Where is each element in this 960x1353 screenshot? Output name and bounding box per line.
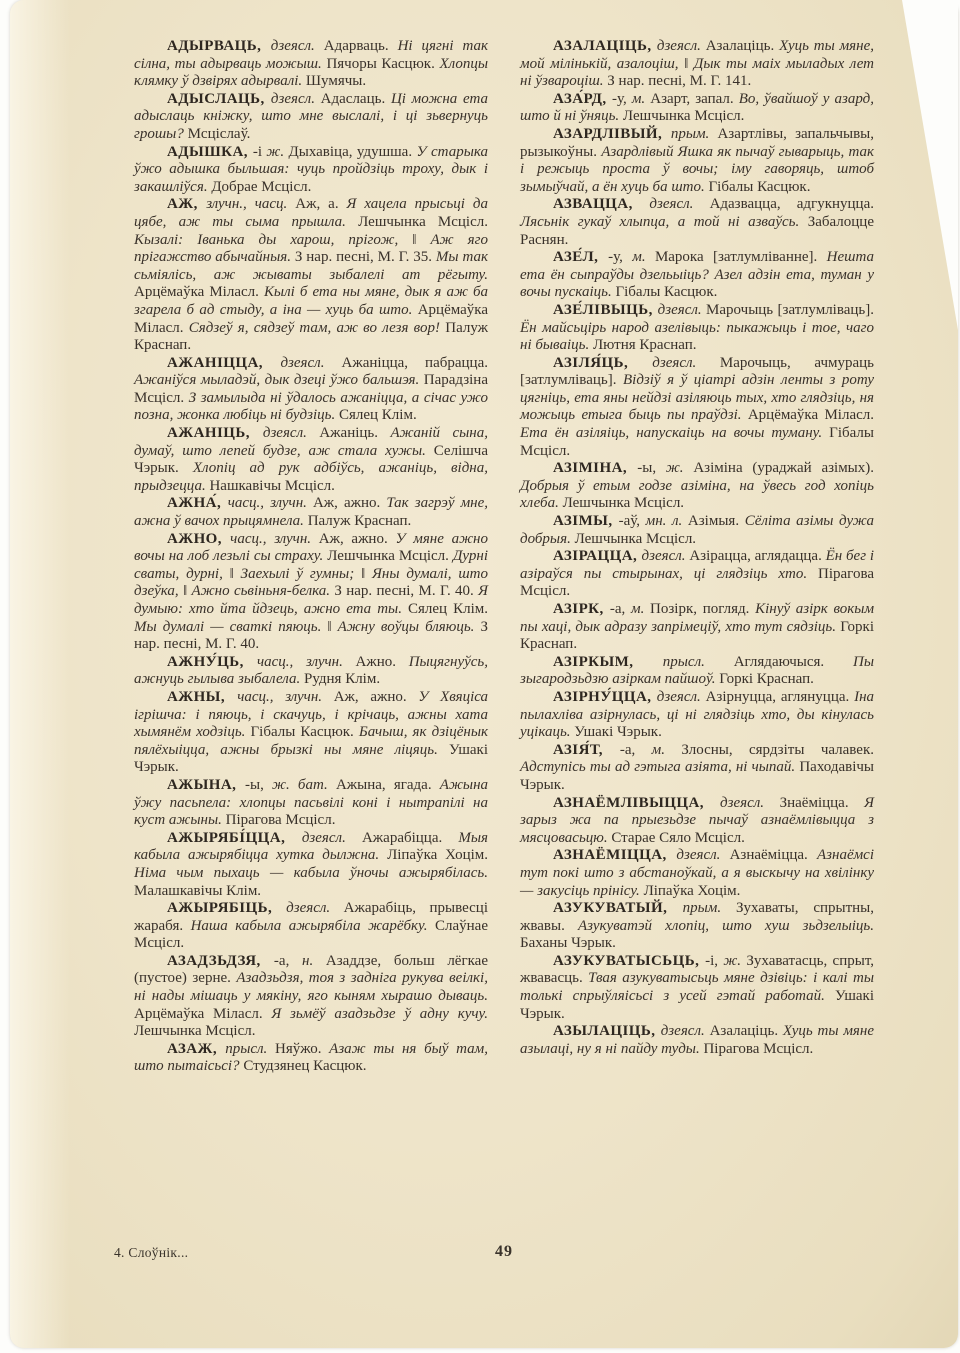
text-run: Аглядаючыся. xyxy=(734,654,853,670)
text-run: Рудня Клім. xyxy=(304,671,380,687)
headword: АЖНЫ, xyxy=(167,689,237,705)
headword: АЗІМІНА, xyxy=(553,460,637,476)
headword: АЖЫРЯБІ́ЦЦА, xyxy=(167,830,302,846)
text-run: Азалаціць. xyxy=(706,38,779,54)
text-run: З нар. песні, М. Г. 35. xyxy=(295,249,436,265)
page-content: АДЫРВАЦЬ, дзеясл. Адарваць. Ні цягні так… xyxy=(134,38,874,1076)
text-run: Ажына, ягада. xyxy=(336,777,440,793)
dictionary-entry: АЗІЯ́Т, -а, м. Злосны, сярдзіты чалавек.… xyxy=(520,742,874,795)
dictionary-entry: АЖНА́, часц., злучн. Аж, ажно. Так загрэ… xyxy=(134,495,488,530)
headword: АЗІРАЦЦА, xyxy=(553,548,642,564)
dictionary-entry: АЖНУ́ЦЬ, часц., злучн. Ажно. Пыцягнуўсь,… xyxy=(134,654,488,689)
dictionary-entry: АЗІМІНА, -ы, ж. Азіміна (ураджай азімых)… xyxy=(520,460,874,513)
dictionary-entry: АЗІМЫ, -аў, мн. л. Азімыя. Сёліта азімы … xyxy=(520,513,874,548)
headword: АЗВАЦЦА, xyxy=(553,196,649,212)
dictionary-entry: АДЫРВАЦЬ, дзеясл. Адарваць. Ні цягні так… xyxy=(134,38,488,91)
text-run: прысл. xyxy=(225,1041,275,1057)
text-run: н. xyxy=(302,953,326,969)
text-run: Адступісь ты ад гэтыга азіята, ні чыпай. xyxy=(520,759,799,775)
dictionary-entry: АДЫСЛАЦЬ, дзеясл. Адаслаць. Ці можна ета… xyxy=(134,91,488,144)
text-run: Азнаёміцца. xyxy=(730,847,817,863)
text-run: -а, xyxy=(274,953,302,969)
text-run: Арцёмаўка Міласл. xyxy=(748,407,874,423)
text-run: Німа чым пыхаць — кабыла ўночы ажырябіла… xyxy=(134,865,488,881)
text-run: дзеясл. xyxy=(649,196,709,212)
text-run: м. xyxy=(632,249,655,265)
dictionary-entry: АЖАНІЦЦА, дзеясл. Ажаніцца, пабрацца. Аж… xyxy=(134,355,488,425)
text-run: Гібалы Касцюк. xyxy=(251,724,359,740)
page-number: 49 xyxy=(134,1243,874,1261)
text-run: Ета ён азіляіць, напускаіць на вочы тума… xyxy=(520,425,829,441)
text-run: часц., злучн. xyxy=(230,531,319,547)
text-run: -а, xyxy=(620,742,652,758)
text-run: дзеясл. xyxy=(652,355,720,371)
text-run: м. xyxy=(631,601,650,617)
headword: АЗІЛЯ́ЦЬ, xyxy=(553,355,652,371)
text-run: дзеясл. xyxy=(286,900,343,916)
text-run: Позірк, погляд. xyxy=(650,601,755,617)
dictionary-entry: АЗВАЦЦА, дзеясл. Адазвацца, адгукнуцца. … xyxy=(520,196,874,249)
dictionary-entry: АЖАНІЦЬ, дзеясл. Ажаніць. Ажаній сына, д… xyxy=(134,425,488,495)
dictionary-entry: АЗІЛЯ́ЦЬ, дзеясл. Марочыць, ачмураць [за… xyxy=(520,355,874,461)
text-run: дзеясл. xyxy=(658,302,706,318)
text-run: дзеясл. xyxy=(642,548,690,564)
dictionary-entry: АЗУКУВАТЫСЬЦЬ, -і, ж. Зухаватасць, спрыт… xyxy=(520,953,874,1023)
text-run: Лютня Краснап. xyxy=(593,337,697,353)
text-run: Марока [затлумліванне]. xyxy=(655,249,827,265)
right-column: АЗАЛАЦІЦЬ, дзеясл. Азалаціць. Хуць ты мя… xyxy=(520,38,874,1076)
text-run: Гібалы Касцюк. xyxy=(615,284,717,300)
dictionary-entry: АЗА́РД, -у, м. Азарт, запал. Во, ўвайшоў… xyxy=(520,91,874,126)
text-run: -а, xyxy=(610,601,631,617)
text-run: Марочыць [затлумліваць]. xyxy=(706,302,874,318)
text-run: -і, xyxy=(705,953,723,969)
text-run: Азірнуцца, аглянуцца. xyxy=(706,689,854,705)
headword: АЖНУ́ЦЬ, xyxy=(167,654,257,670)
text-run: Азалаціць. xyxy=(710,1023,783,1039)
text-run: Студзянец Касцюк. xyxy=(243,1058,366,1074)
headword: АЗУКУВАТЫСЬЦЬ, xyxy=(553,953,705,969)
text-run: ж. xyxy=(723,953,746,969)
text-run: дзеясл. xyxy=(661,1023,710,1039)
text-run: З нар. песні, М. Г. 141. xyxy=(607,73,751,89)
dictionary-entry: АЗАДЗЬДЗЯ, -а, н. Азаддзе, больш лёгкае … xyxy=(134,953,488,1041)
headword: АЗНАЁМЛІВЫЦЦА, xyxy=(553,795,720,811)
text-run: прысл. xyxy=(663,654,734,670)
text-run: Няўжо. xyxy=(275,1041,329,1057)
text-run: Ажно. xyxy=(356,654,409,670)
text-run: дзеясл. xyxy=(271,38,324,54)
headword: АЗАДЗЬДЗЯ, xyxy=(167,953,274,969)
text-run: Лешчынка Мсцісл. xyxy=(623,108,744,124)
text-run: Аж, ажно. xyxy=(319,531,396,547)
text-run: Шумячы. xyxy=(306,73,366,89)
text-run: ж. xyxy=(666,460,693,476)
dictionary-entry: АЗНАЁМЛІВЫЦЦА, дзеясл. Знаёміцца. Я зары… xyxy=(520,795,874,848)
dictionary-entry: АЖНЫ, часц., злучн. Аж, ажно. У Хвяціса … xyxy=(134,689,488,777)
dictionary-entry: АЗЕ́Л, -у, м. Марока [затлумліванне]. Не… xyxy=(520,249,874,302)
text-run: -у, xyxy=(612,91,632,107)
text-run: дзеясл. xyxy=(302,830,362,846)
text-run: Палуж Краснап. xyxy=(308,513,412,529)
text-run: Ён майсьцірь народ азелівыць: пыкажыць і… xyxy=(520,320,874,354)
text-run: -ы, xyxy=(245,777,272,793)
headword: АЗЫЛАЦІЦЬ, xyxy=(553,1023,661,1039)
text-run: Лясьнік гукаў хлыпца, а той ні азваўсь. xyxy=(520,214,808,230)
headword: АДЫСЛАЦЬ, xyxy=(167,91,271,107)
left-column: АДЫРВАЦЬ, дзеясл. Адарваць. Ні цягні так… xyxy=(134,38,488,1076)
text-run: Аж, а. xyxy=(295,196,346,212)
headword: АЗНАЁМІЦЦА, xyxy=(553,847,676,863)
text-run: З нар. песні, М. Г. 40. xyxy=(334,583,478,599)
text-run: -ы, xyxy=(637,460,666,476)
text-run: дзеясл. xyxy=(657,38,706,54)
dictionary-entry: АЖНО, часц., злучн. Аж, ажно. У мяне ажн… xyxy=(134,531,488,654)
text-run: Лешчынка Мсцісл. xyxy=(134,1023,255,1039)
page-left-edge-highlight xyxy=(10,0,70,1348)
text-run: прым. xyxy=(683,900,736,916)
dictionary-entry: АЗІРНУ́ЦЦА, дзеясл. Азірнуцца, аглянуцца… xyxy=(520,689,874,742)
headword: АЗІЯ́Т, xyxy=(553,742,620,758)
text-run: Знаёміцца. xyxy=(780,795,865,811)
text-run: Арцёмаўка Міласл. xyxy=(134,1006,271,1022)
text-run: Арцёмаўка Міласл. xyxy=(134,284,264,300)
text-run: дзеясл. xyxy=(271,91,321,107)
dictionary-entry: АЗІРК, -а, м. Позірк, погляд. Кінуў азір… xyxy=(520,601,874,654)
text-run: дзеясл. xyxy=(657,689,706,705)
text-run: Старае Сяло Мсцісл. xyxy=(611,830,745,846)
text-run: Пірагова Мсцісл. xyxy=(703,1041,813,1057)
text-run: мн. л. xyxy=(646,513,688,529)
text-run: Азарт, запал. xyxy=(650,91,738,107)
headword: АЗАРДЛІВЫЙ, xyxy=(553,126,671,142)
headword: АЖНА́, xyxy=(167,495,228,511)
text-run: Пірагова Мсцісл. xyxy=(226,812,336,828)
text-run: -у, xyxy=(608,249,632,265)
headword: АЖАНІЦЬ, xyxy=(167,425,263,441)
text-run: Азірацца, аглядацца. xyxy=(689,548,825,564)
text-run: Азіміна (ураджай азімых). xyxy=(693,460,874,476)
text-run: Лешчынка Мсцісл. xyxy=(563,495,684,511)
headword: АЖНО, xyxy=(167,531,230,547)
headword: АЗІРКЫМ, xyxy=(553,654,663,670)
dictionary-entry: АЗЕ́ЛІВЫЦЬ, дзеясл. Марочыць [затлумліва… xyxy=(520,302,874,355)
text-run: Мсціслаў. xyxy=(188,126,251,142)
text-run: Нашкавічы Мсцісл. xyxy=(209,478,334,494)
headword: АЗА́РД, xyxy=(553,91,612,107)
text-run: часц., злучн. xyxy=(237,689,334,705)
headword: АДЫРВАЦЬ, xyxy=(167,38,271,54)
headword: АЗЕ́Л, xyxy=(553,249,608,265)
text-run: дзеясл. xyxy=(280,355,341,371)
text-run: Наша кабыла ажырябіла жарёбку. xyxy=(191,918,435,934)
dictionary-entry: АЗЫЛАЦІЦЬ, дзеясл. Азалаціць. Хуць ты мя… xyxy=(520,1023,874,1058)
text-run: Я зьмёў азадзьдзе ў адну кучу. xyxy=(271,1006,488,1022)
headword: АЗІРК, xyxy=(553,601,610,617)
text-run: Лешчынка Мсцісл. xyxy=(575,531,696,547)
dictionary-page: АДЫРВАЦЬ, дзеясл. Адарваць. Ні цягні так… xyxy=(10,0,958,1348)
text-run: Аж, ажно. xyxy=(313,495,386,511)
dictionary-entry: АЖЫРЯБІ́ЦЦА, дзеясл. Ажарабіцца. Мыя каб… xyxy=(134,830,488,900)
text-run: Гібалы Касцюк. xyxy=(709,179,811,195)
headword: АЖАНІЦЦА, xyxy=(167,355,280,371)
headword: АЗЕ́ЛІВЫЦЬ, xyxy=(553,302,658,318)
text-run: часц., злучн. xyxy=(257,654,356,670)
dictionary-entry: АЗУКУВАТЫЙ, прым. Зухаваты, спрытны, жва… xyxy=(520,900,874,953)
text-run: Ажаніцца, пабрацца. xyxy=(342,355,488,371)
text-run: злучн., часц. xyxy=(206,196,295,212)
headword: АЗАЛАЦІЦЬ, xyxy=(553,38,657,54)
dictionary-entry: АЗАЛАЦІЦЬ, дзеясл. Азалаціць. Хуць ты мя… xyxy=(520,38,874,91)
text-run: Лешчынка Мсцісл. xyxy=(327,548,453,564)
text-run: Ажаніць. xyxy=(319,425,390,441)
text-run: Ушакі Чэрык. xyxy=(574,724,662,740)
text-run: Сялец Клім. xyxy=(408,601,488,617)
dictionary-entry: АЖ, злучн., часц. Аж, а. Я хацела прысьц… xyxy=(134,196,488,354)
text-run: Адарваць. xyxy=(324,38,398,54)
headword: АЗУКУВАТЫЙ, xyxy=(553,900,683,916)
text-run: Адазвацца, адгукнуцца. xyxy=(710,196,874,212)
page-corner-notch xyxy=(902,0,958,330)
text-run: Дыхавіца, удушша. xyxy=(289,144,417,160)
text-run: Ліпаўка Хоцім. xyxy=(644,883,741,899)
dictionary-entry: АЗАРДЛІВЫЙ, прым. Азартлівы, запальчывы,… xyxy=(520,126,874,196)
text-run: Сялец Клім. xyxy=(339,407,417,423)
dictionary-entry: АЗІРКЫМ, прысл. Аглядаючыся. Пы зыгародз… xyxy=(520,654,874,689)
text-run: Горкі Краснап. xyxy=(719,671,814,687)
text-run: Мы думалі — сваткі пяюць. ‖ Ажну воўцы б… xyxy=(134,619,480,635)
text-run: прым. xyxy=(671,126,718,142)
text-run: Азукуватэй хлопіц, што хуш зьдзелыіць. xyxy=(578,918,874,934)
text-run: Ажаніўся мыладэй, дык дзеці ўжо бальшэя. xyxy=(134,372,424,388)
text-run: м. xyxy=(632,91,650,107)
text-run: -і xyxy=(253,144,267,160)
text-run: Сядзеў я, сядзеў там, аж во лезя вор! xyxy=(189,320,445,336)
headword: АЗІРНУ́ЦЦА, xyxy=(553,689,657,705)
text-run: Злосны, сярдзіты чалавек. xyxy=(681,742,874,758)
headword: АДЫШКА, xyxy=(167,144,253,160)
text-run: Баханы Чэрык. xyxy=(520,935,616,951)
text-run: Пячоры Касцюк. xyxy=(326,56,439,72)
text-run: Ліпаўка Хоцім. xyxy=(387,847,488,863)
text-run: Аж, ажно. xyxy=(334,689,419,705)
text-run: часц., злучн. xyxy=(228,495,313,511)
headword: АЖЫНА, xyxy=(167,777,245,793)
dictionary-entry: АЖЫНА, -ы, ж. бат. Ажына, ягада. Ажына ў… xyxy=(134,777,488,830)
text-run: ж. xyxy=(266,144,288,160)
text-run: -аў, xyxy=(619,513,646,529)
text-run: дзеясл. xyxy=(263,425,319,441)
text-run: ж. бат. xyxy=(272,777,336,793)
two-column-layout: АДЫРВАЦЬ, дзеясл. Адарваць. Ні цягні так… xyxy=(134,38,874,1076)
dictionary-entry: АДЫШКА, -і ж. Дыхавіца, удушша. У старык… xyxy=(134,144,488,197)
text-run: дзеясл. xyxy=(720,795,780,811)
text-run: Добрае Мсцісл. xyxy=(211,179,311,195)
dictionary-entry: АЖЫРЯБІЦЬ, дзеясл. Ажарабіць, прывесці ж… xyxy=(134,900,488,953)
text-run: Лешчынка Мсцісл. xyxy=(358,214,488,230)
dictionary-entry: АЗАЖ, прысл. Няўжо. Азаж ты ня быў там, … xyxy=(134,1041,488,1076)
headword: АЖ, xyxy=(167,196,206,212)
dictionary-entry: АЗІРАЦЦА, дзеясл. Азірацца, аглядацца. Ё… xyxy=(520,548,874,601)
dictionary-entry: АЗНАЁМІЦЦА, дзеясл. Азнаёміцца. Азнаёмсі… xyxy=(520,847,874,900)
headword: АЗІМЫ, xyxy=(553,513,619,529)
headword: АЖЫРЯБІЦЬ, xyxy=(167,900,286,916)
text-run: Адаслаць. xyxy=(321,91,391,107)
headword: АЗАЖ, xyxy=(167,1041,225,1057)
text-run: Малашкавічы Клім. xyxy=(134,883,261,899)
text-run: Азімыя. xyxy=(688,513,745,529)
text-run: м. xyxy=(652,742,682,758)
text-run: дзеясл. xyxy=(676,847,729,863)
text-run: Ажарабіцца. xyxy=(362,830,458,846)
